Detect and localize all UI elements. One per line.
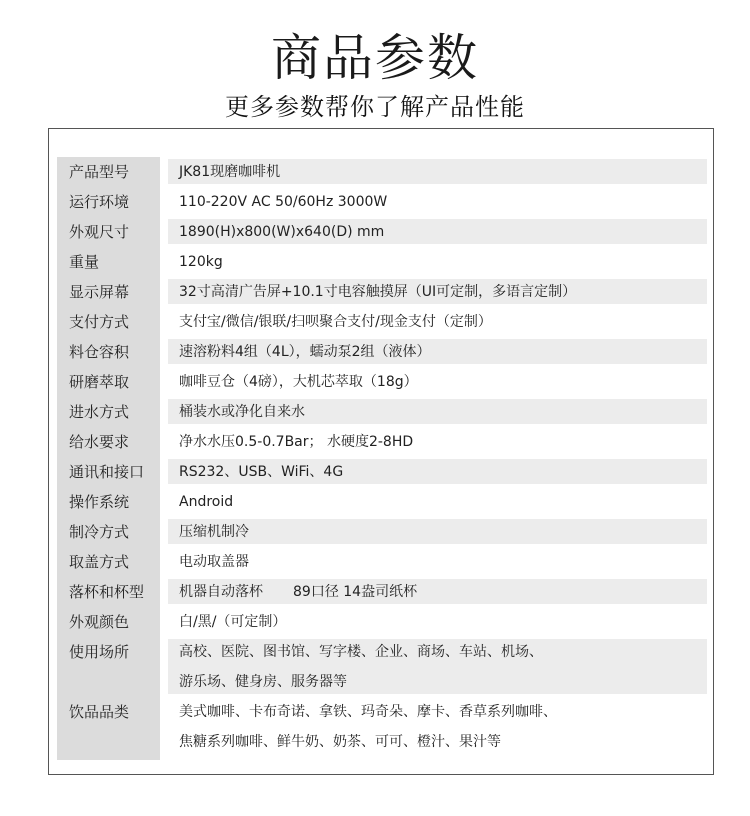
spec-value-cell: 32寸高清广告屏+10.1寸电容触摸屏（UI可定制，多语言定制）: [168, 277, 707, 307]
spec-label: 支付方式: [57, 307, 160, 337]
spec-value: 电动取盖器: [179, 547, 707, 577]
spec-row-beverages: 饮品品类 美式咖啡、卡布奇诺、拿铁、玛奇朵、摩卡、香草系列咖啡、 焦糖系列咖啡、…: [57, 697, 707, 757]
spec-label: 进水方式: [57, 397, 160, 427]
spec-label: 使用场所: [57, 637, 160, 697]
spec-label: 给水要求: [57, 427, 160, 457]
spec-row-water-inlet: 进水方式 桶装水或净化自来水: [57, 397, 707, 427]
spec-row-cup: 落杯和杯型 机器自动落杯89口径 14盎司纸杯: [57, 577, 707, 607]
spec-value-cell: 速溶粉料4组（4L），蠕动泵2组（液体）: [168, 337, 707, 367]
spec-label: 操作系统: [57, 487, 160, 517]
spec-value: 机器自动落杯89口径 14盎司纸杯: [179, 577, 707, 607]
spec-row-bin-capacity: 料仓容积 速溶粉料4组（4L），蠕动泵2组（液体）: [57, 337, 707, 367]
spec-value: 32寸高清广告屏+10.1寸电容触摸屏（UI可定制，多语言定制）: [179, 277, 707, 307]
page-subtitle: 更多参数帮你了解产品性能: [0, 92, 750, 122]
spec-value: 120kg: [179, 247, 707, 277]
spec-value-line: 高校、医院、图书馆、写字楼、企业、商场、车站、机场、: [179, 637, 707, 667]
spec-label: 料仓容积: [57, 337, 160, 367]
spec-value: RS232、USB、WiFi、4G: [179, 457, 707, 487]
spec-value-line: 焦糖系列咖啡、鲜牛奶、奶茶、可可、橙汁、果汁等: [179, 727, 707, 757]
spec-value-cell: JK81现磨咖啡机: [168, 157, 707, 187]
spec-value-cell: 白/黑/（可定制）: [168, 607, 707, 637]
spec-value: 净水水压0.5-0.7Bar； 水硬度2-8HD: [179, 427, 707, 457]
spec-row-weight: 重量 120kg: [57, 247, 707, 277]
spec-row-display: 显示屏幕 32寸高清广告屏+10.1寸电容触摸屏（UI可定制，多语言定制）: [57, 277, 707, 307]
spec-value: 桶装水或净化自来水: [179, 397, 707, 427]
spec-row-model: 产品型号 JK81现磨咖啡机: [57, 157, 707, 187]
spec-value-cell: RS232、USB、WiFi、4G: [168, 457, 707, 487]
spec-row-dimensions: 外观尺寸 1890(H)x800(W)x640(D) mm: [57, 217, 707, 247]
spec-label: 运行环境: [57, 187, 160, 217]
spec-value-cell: 咖啡豆仓（4磅），大机芯萃取（18g）: [168, 367, 707, 397]
spec-value: 支付宝/微信/银联/扫呗聚合支付/现金支付（定制）: [179, 307, 707, 337]
spec-row-payment: 支付方式 支付宝/微信/银联/扫呗聚合支付/现金支付（定制）: [57, 307, 707, 337]
spec-table: 产品型号 JK81现磨咖啡机 运行环境 110-220V AC 50/60Hz …: [57, 157, 707, 757]
spec-row-grinding: 研磨萃取 咖啡豆仓（4磅），大机芯萃取（18g）: [57, 367, 707, 397]
spec-label: 外观尺寸: [57, 217, 160, 247]
spec-value-cell: 120kg: [168, 247, 707, 277]
spec-label: 取盖方式: [57, 547, 160, 577]
spec-row-venues: 使用场所 高校、医院、图书馆、写字楼、企业、商场、车站、机场、 游乐场、健身房、…: [57, 637, 707, 697]
spec-label: 饮品品类: [57, 697, 160, 757]
spec-value: 白/黑/（可定制）: [179, 607, 707, 637]
spec-value-line: 游乐场、健身房、服务器等: [179, 667, 707, 697]
spec-row-os: 操作系统 Android: [57, 487, 707, 517]
spec-value-cell: 电动取盖器: [168, 547, 707, 577]
spec-row-interfaces: 通讯和接口 RS232、USB、WiFi、4G: [57, 457, 707, 487]
spec-label: 外观颜色: [57, 607, 160, 637]
spec-row-lid: 取盖方式 电动取盖器: [57, 547, 707, 577]
spec-value-cell: Android: [168, 487, 707, 517]
spec-value-cell: 高校、医院、图书馆、写字楼、企业、商场、车站、机场、 游乐场、健身房、服务器等: [168, 637, 707, 697]
spec-value-cell: 110-220V AC 50/60Hz 3000W: [168, 187, 707, 217]
page-title: 商品参数: [0, 28, 750, 88]
spec-row-water-requirement: 给水要求 净水水压0.5-0.7Bar； 水硬度2-8HD: [57, 427, 707, 457]
spec-label: 研磨萃取: [57, 367, 160, 397]
cup-drop-mode: 机器自动落杯: [179, 584, 263, 600]
spec-value-cell: 压缩机制冷: [168, 517, 707, 547]
spec-label: 制冷方式: [57, 517, 160, 547]
spec-row-color: 外观颜色 白/黑/（可定制）: [57, 607, 707, 637]
spec-value-cell: 美式咖啡、卡布奇诺、拿铁、玛奇朵、摩卡、香草系列咖啡、 焦糖系列咖啡、鲜牛奶、奶…: [168, 697, 707, 757]
cup-size: 89口径 14盎司纸杯: [293, 584, 417, 600]
spec-value: Android: [179, 487, 707, 517]
spec-label: 重量: [57, 247, 160, 277]
spec-value: 速溶粉料4组（4L），蠕动泵2组（液体）: [179, 337, 707, 367]
spec-value-cell: 桶装水或净化自来水: [168, 397, 707, 427]
spec-row-power: 运行环境 110-220V AC 50/60Hz 3000W: [57, 187, 707, 217]
spec-value-cell: 净水水压0.5-0.7Bar； 水硬度2-8HD: [168, 427, 707, 457]
spec-value-cell: 1890(H)x800(W)x640(D) mm: [168, 217, 707, 247]
spec-value: JK81现磨咖啡机: [179, 157, 707, 187]
spec-value: 110-220V AC 50/60Hz 3000W: [179, 187, 707, 217]
spec-value: 1890(H)x800(W)x640(D) mm: [179, 217, 707, 247]
spec-label: 通讯和接口: [57, 457, 160, 487]
spec-row-cooling: 制冷方式 压缩机制冷: [57, 517, 707, 547]
spec-value-cell: 机器自动落杯89口径 14盎司纸杯: [168, 577, 707, 607]
spec-value-line: 美式咖啡、卡布奇诺、拿铁、玛奇朵、摩卡、香草系列咖啡、: [179, 697, 707, 727]
spec-value: 咖啡豆仓（4磅），大机芯萃取（18g）: [179, 367, 707, 397]
spec-value: 压缩机制冷: [179, 517, 707, 547]
spec-label: 显示屏幕: [57, 277, 160, 307]
spec-value-cell: 支付宝/微信/银联/扫呗聚合支付/现金支付（定制）: [168, 307, 707, 337]
spec-label: 落杯和杯型: [57, 577, 160, 607]
spec-label: 产品型号: [57, 157, 160, 187]
